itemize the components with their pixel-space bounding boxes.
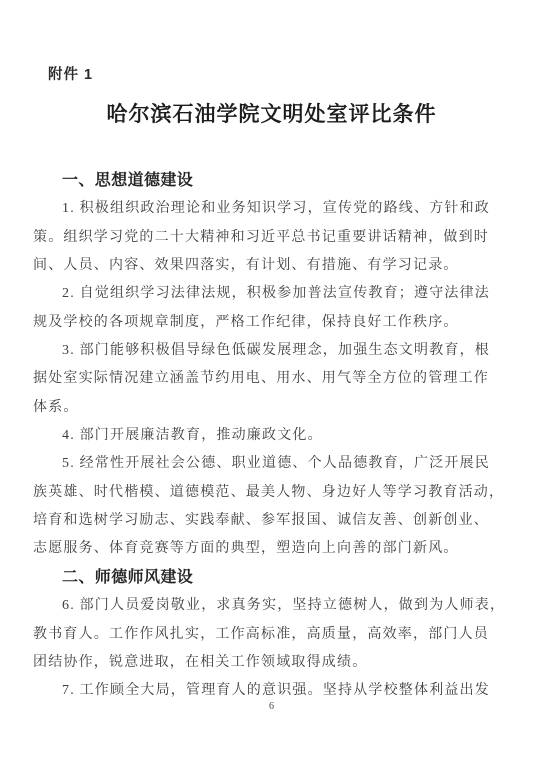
paragraph-5-line: 族英雄、时代楷模、道德模范、最美人物、身边好人等学习教育活动， — [33, 479, 492, 507]
paragraph-6-line: 团结协作，锐意进取，在相关工作领域取得成绩。 — [33, 649, 492, 677]
paragraph-3-line: 3. 部门能够积极倡导绿色低碳发展理念，加强生态文明教育，根 — [33, 337, 492, 365]
document-page: 附件 1 哈尔滨石油学院文明处室评比条件 一、思想道德建设 1. 积极组织政治理… — [0, 0, 543, 768]
paragraph-3-line: 体系。 — [33, 394, 492, 422]
paragraph-4-line: 4. 部门开展廉洁教育，推动廉政文化。 — [33, 422, 492, 450]
paragraph-5-line: 培育和选树学习励志、实践奉献、参军报国、诚信友善、创新创业、 — [33, 507, 492, 535]
paragraph-2-line: 2. 自觉组织学习法律法规，积极参加普法宣传教育；遵守法律法 — [33, 280, 492, 308]
section-heading-2: 二、师德师风建设 — [33, 564, 492, 592]
paragraph-6-line: 6. 部门人员爱岗敬业，求真务实，坚持立德树人，做到为人师表， — [33, 592, 492, 620]
paragraph-1-line: 策。组织学习党的二十大精神和习近平总书记重要讲话精神，做到时 — [33, 224, 492, 252]
paragraph-2-line: 规及学校的各项规章制度，严格工作纪律，保持良好工作秩序。 — [33, 309, 492, 337]
paragraph-1-line: 1. 积极组织政治理论和业务知识学习，宣传党的路线、方针和政 — [33, 195, 492, 223]
document-title: 哈尔滨石油学院文明处室评比条件 — [0, 99, 543, 129]
section-heading-1: 一、思想道德建设 — [33, 167, 492, 195]
document-body: 一、思想道德建设 1. 积极组织政治理论和业务知识学习，宣传党的路线、方针和政 … — [33, 167, 492, 706]
paragraph-3-line: 据处室实际情况建立涵盖节约用电、用水、用气等全方位的管理工作 — [33, 365, 492, 393]
paragraph-6-line: 教书育人。工作作风扎实，工作高标准，高质量，高效率，部门人员 — [33, 621, 492, 649]
paragraph-5-line: 志愿服务、体育竞赛等方面的典型，塑造向上向善的部门新风。 — [33, 535, 492, 563]
page-number: 6 — [0, 701, 543, 713]
paragraph-1-line: 间、人员、内容、效果四落实，有计划、有措施、有学习记录。 — [33, 252, 492, 280]
attachment-label: 附件 1 — [48, 64, 93, 86]
paragraph-5-line: 5. 经常性开展社会公德、职业道德、个人品德教育，广泛开展民 — [33, 450, 492, 478]
